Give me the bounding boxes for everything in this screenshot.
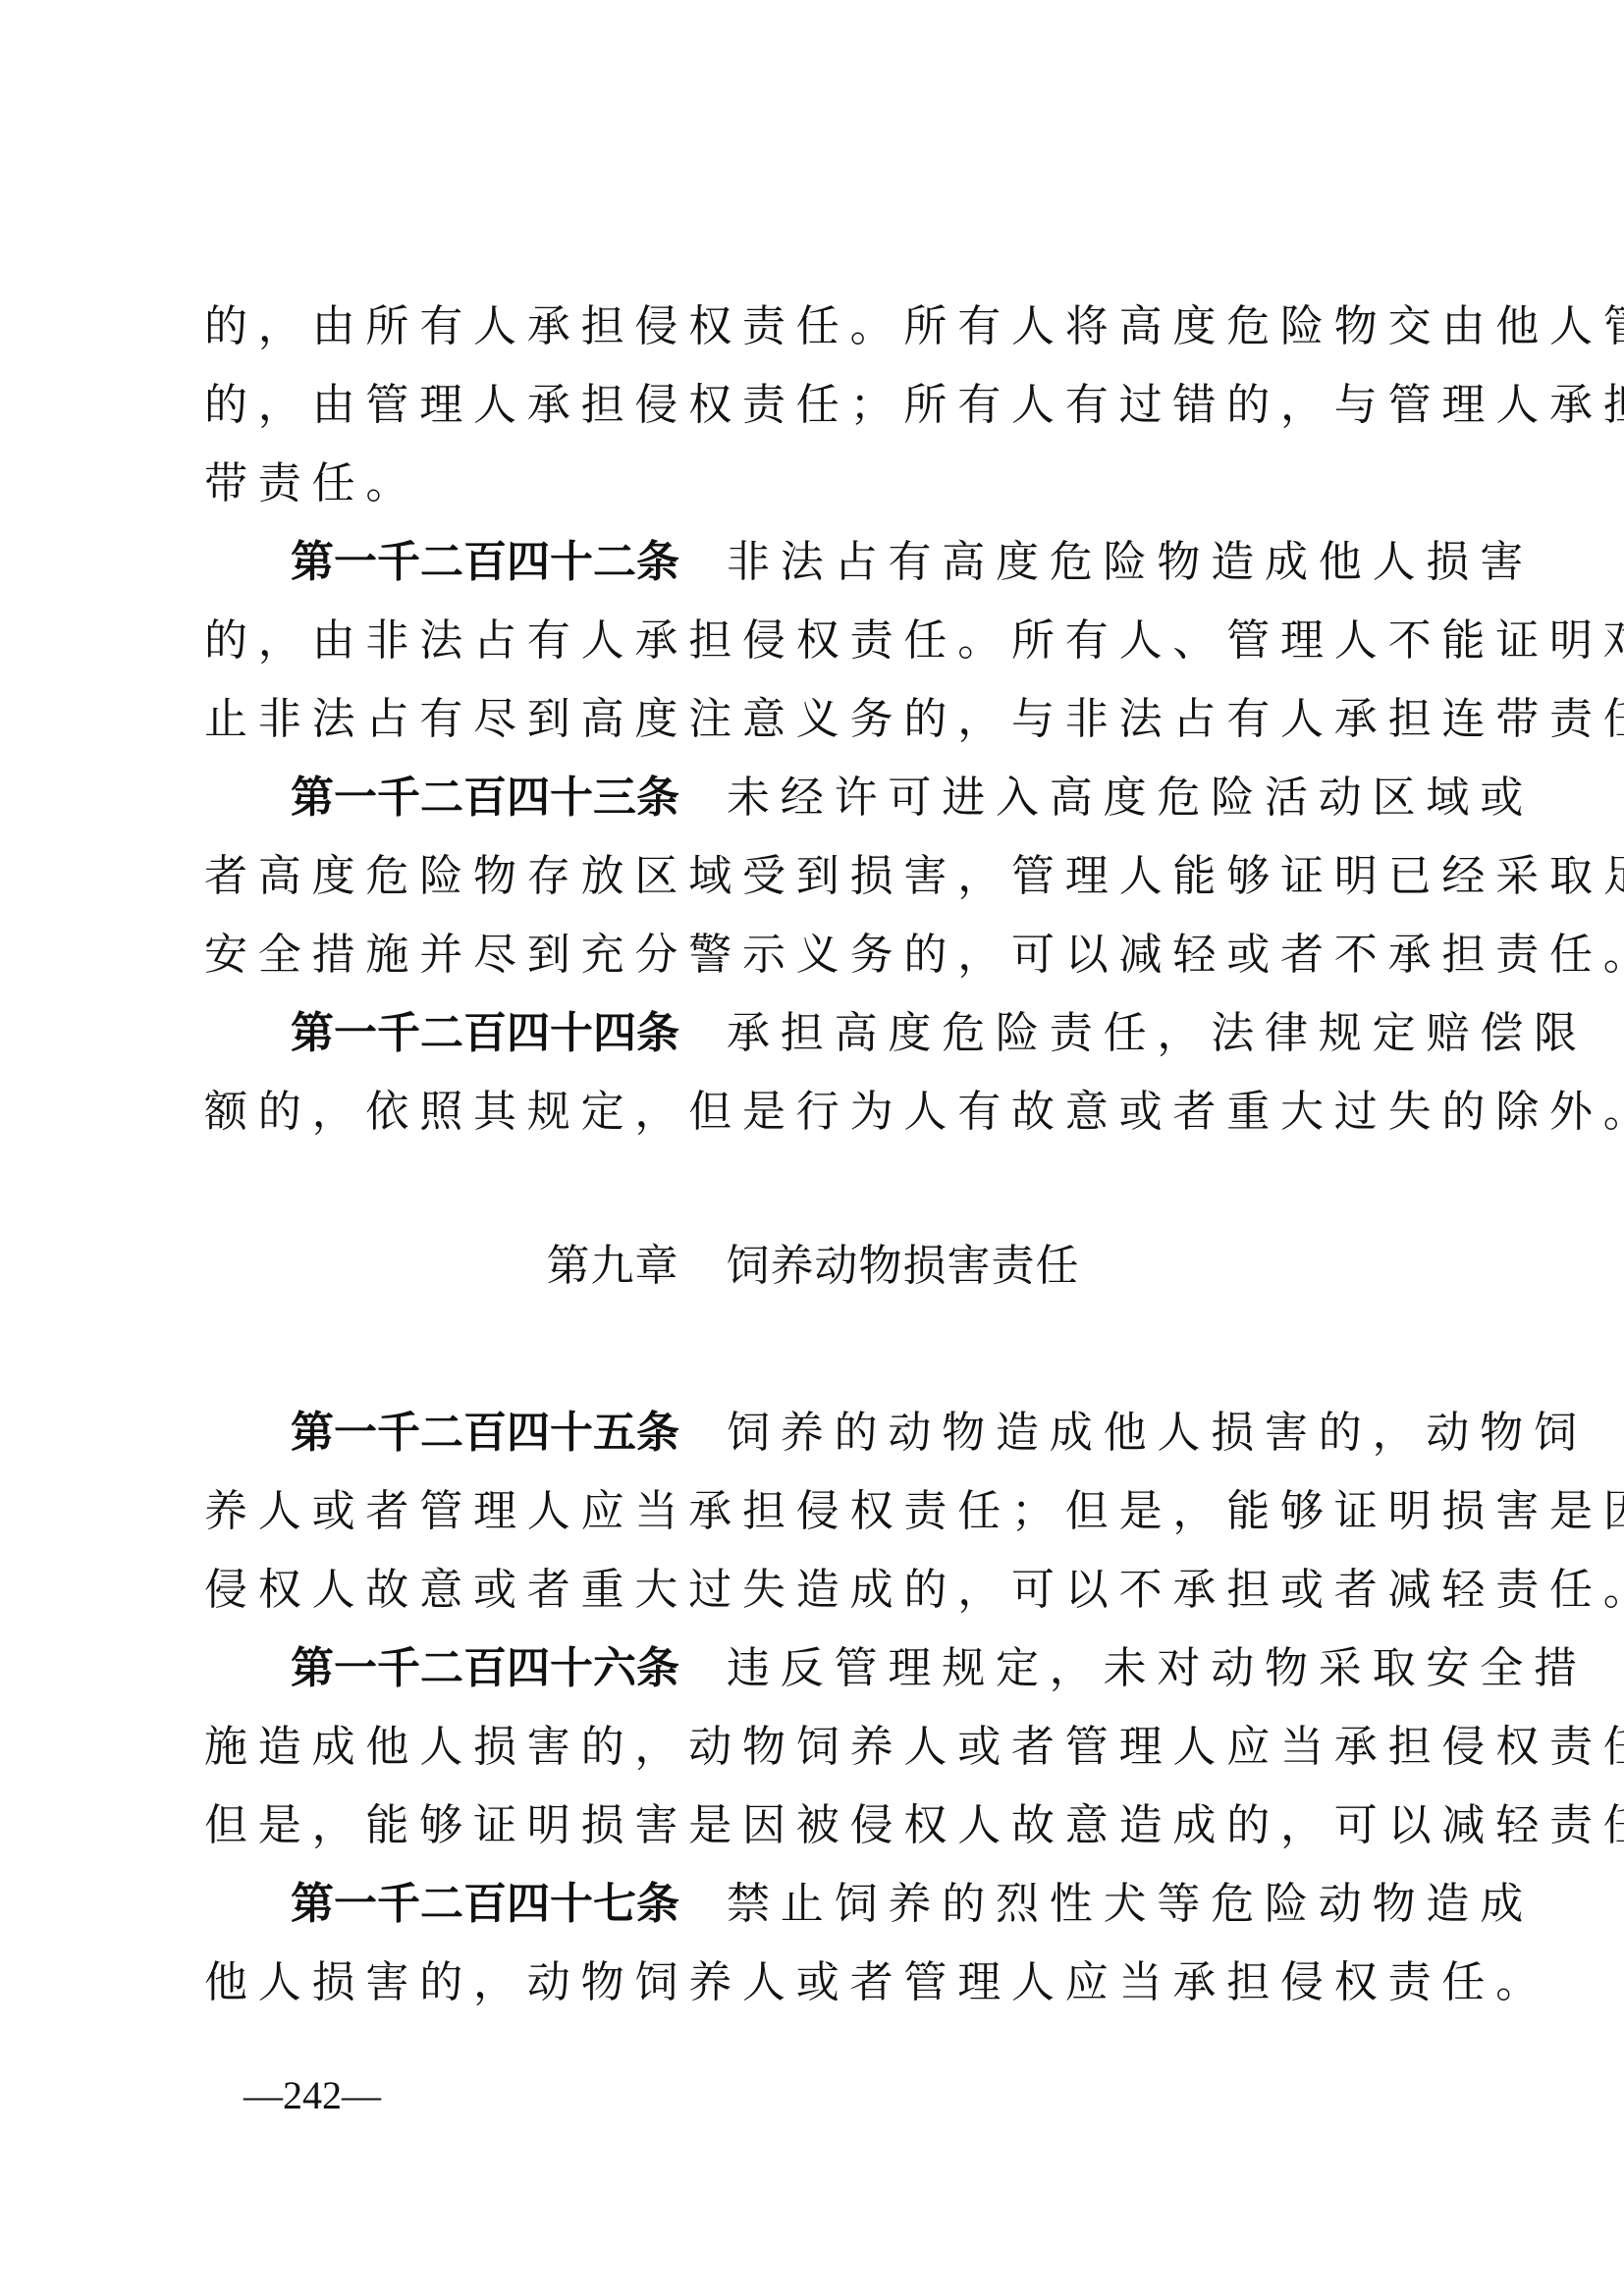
article-1245-first-line: 第一千二百四十五条饲养的动物造成他人损害的，动物饲	[204, 1394, 1588, 1472]
chapter-number: 第九章	[547, 1241, 679, 1291]
article-1243-first-line: 第一千二百四十三条未经许可进入高度危险活动区域或	[204, 759, 1534, 837]
article-number: 第一千二百四十六条	[291, 1643, 679, 1693]
continuation-line: 的，由所有人承担侵权责任。所有人将高度危险物交由他人管理	[204, 288, 1624, 366]
article-1242-first-line: 第一千二百四十二条非法占有高度危险物造成他人损害	[204, 523, 1534, 602]
article-number: 第一千二百四十四条	[291, 1008, 679, 1058]
article-1244-first-line: 第一千二百四十四条承担高度危险责任，法律规定赔偿限	[204, 994, 1588, 1073]
chapter-heading: 第九章饲养动物损害责任	[204, 1227, 1422, 1306]
article-line: 施造成他人损害的，动物饲养人或者管理人应当承担侵权责任；	[204, 1708, 1624, 1787]
article-text: 禁止饲养的烈性犬等危险动物造成	[727, 1879, 1534, 1929]
article-line: 的，由非法占有人承担侵权责任。所有人、管理人不能证明对防	[204, 602, 1624, 680]
article-line: 养人或者管理人应当承担侵权责任；但是，能够证明损害是因被	[204, 1472, 1624, 1551]
article-line: 者高度危险物存放区域受到损害，管理人能够证明已经采取足够	[204, 837, 1624, 916]
article-number: 第一千二百四十五条	[291, 1408, 679, 1458]
article-text: 饲养的动物造成他人损害的，动物饲	[727, 1408, 1588, 1458]
article-line: 他人损害的，动物饲养人或者管理人应当承担侵权责任。	[204, 1944, 1549, 2022]
article-line: 侵权人故意或者重大过失造成的，可以不承担或者减轻责任。	[204, 1551, 1624, 1629]
article-line: 止非法占有尽到高度注意义务的，与非法占有人承担连带责任。	[204, 680, 1624, 759]
page-number: —242—	[244, 2066, 381, 2125]
article-1247-first-line: 第一千二百四十七条禁止饲养的烈性犬等危险动物造成	[204, 1865, 1534, 1944]
article-1246-first-line: 第一千二百四十六条违反管理规定，未对动物采取安全措	[204, 1629, 1588, 1708]
article-text: 非法占有高度危险物造成他人损害	[727, 537, 1534, 587]
article-text: 违反管理规定，未对动物采取安全措	[727, 1643, 1588, 1693]
article-line: 安全措施并尽到充分警示义务的，可以减轻或者不承担责任。	[204, 916, 1624, 994]
continuation-line: 的，由管理人承担侵权责任；所有人有过错的，与管理人承担连	[204, 366, 1624, 445]
article-number: 第一千二百四十七条	[291, 1879, 679, 1929]
article-text: 未经许可进入高度危险活动区域或	[727, 773, 1534, 823]
article-text: 承担高度危险责任，法律规定赔偿限	[727, 1008, 1588, 1058]
article-number: 第一千二百四十二条	[291, 537, 679, 587]
article-line: 但是，能够证明损害是因被侵权人故意造成的，可以减轻责任。	[204, 1787, 1624, 1865]
article-line: 额的，依照其规定，但是行为人有故意或者重大过失的除外。	[204, 1073, 1624, 1151]
chapter-title: 饲养动物损害责任	[727, 1241, 1080, 1291]
article-number: 第一千二百四十三条	[291, 773, 679, 823]
continuation-line: 带责任。	[204, 445, 419, 523]
